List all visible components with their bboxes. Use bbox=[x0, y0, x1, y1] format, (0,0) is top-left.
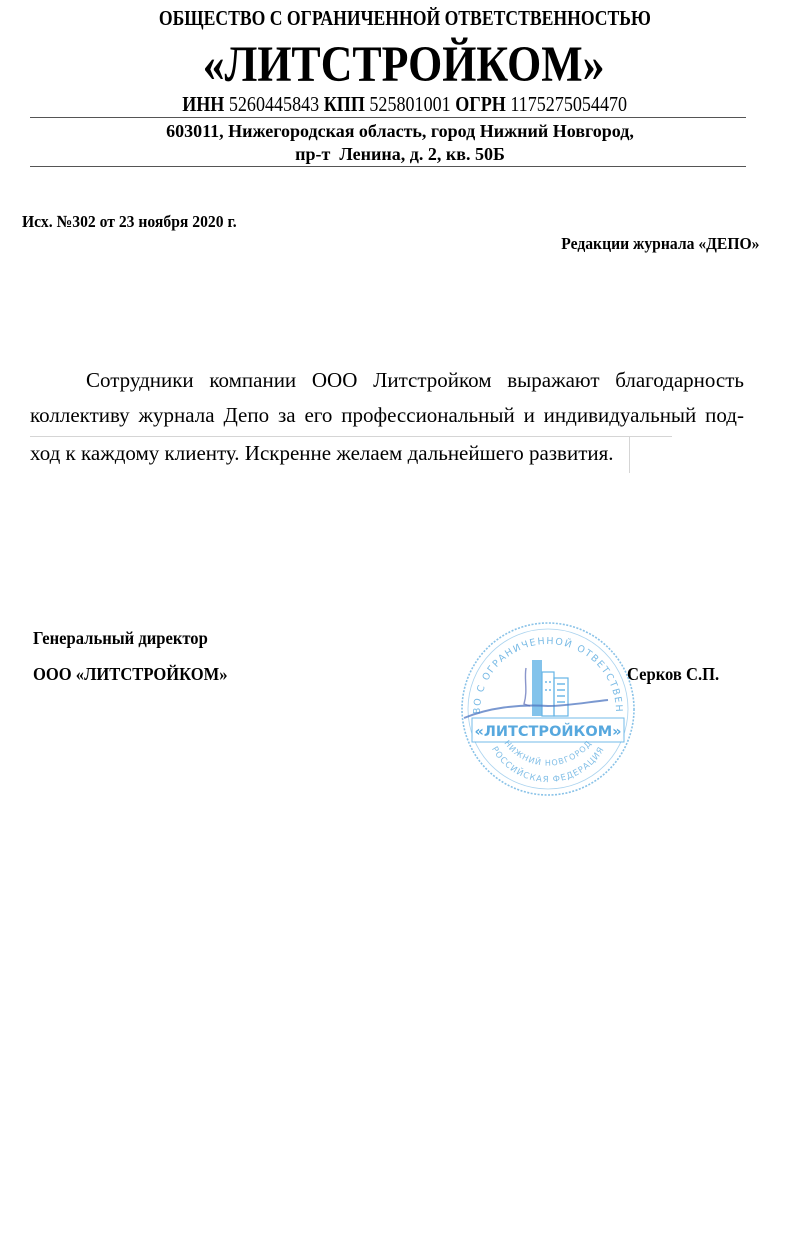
addressee: Редакции журнала «ДЕПО» bbox=[544, 234, 760, 254]
letterhead-company-name: «ЛИТСТРОЙКОМ» bbox=[0, 37, 800, 93]
body-word: ООО bbox=[312, 368, 358, 392]
ogrn-label: ОГРН bbox=[456, 92, 507, 116]
company-name-text: «ЛИТСТРОЙКОМ» bbox=[203, 37, 605, 93]
inn-value: 5260445843 bbox=[225, 92, 324, 116]
body-word: компании bbox=[209, 368, 296, 392]
body-word: Литстройком bbox=[373, 368, 491, 392]
letterhead-legal-form: ОБЩЕСТВО С ОГРАНИЧЕННОЙ ОТВЕТСТВЕННОСТЬЮ bbox=[0, 6, 800, 31]
body-word: Депо bbox=[223, 403, 269, 427]
body-word: за bbox=[278, 403, 296, 427]
signatory-title: Генеральный директор bbox=[33, 628, 223, 649]
signatory-title-text: Генеральный директор bbox=[33, 628, 208, 649]
reference-text: Исх. №302 от 23 ноября 2020 г. bbox=[22, 212, 237, 232]
header-divider-top bbox=[30, 117, 746, 118]
body-word: его bbox=[304, 403, 332, 427]
body-word: под- bbox=[705, 403, 744, 427]
body-line-3: ход к каждому клиенту. Искренне желаем д… bbox=[30, 441, 614, 465]
letterhead-registration-ids: ИНН 5260445843 КПП 525801001 ОГРН 117527… bbox=[0, 92, 800, 116]
body-word: журнала bbox=[139, 403, 215, 427]
signatory-name: Серков С.П. bbox=[627, 664, 727, 685]
kpp-value: 525801001 bbox=[365, 92, 455, 116]
header-divider-bottom bbox=[30, 166, 746, 167]
scan-artifact-line bbox=[629, 437, 630, 473]
company-seal-stamp-icon: ОБЩЕСТВО С ОГРАНИЧЕННОЙ ОТВЕТСТВЕННОСТЬЮ… bbox=[458, 620, 638, 798]
stamp-ring-bottom-city: НИЖНИЙ НОВГОРОД bbox=[502, 739, 593, 768]
svg-text:НИЖНИЙ НОВГОРОД: НИЖНИЙ НОВГОРОД bbox=[502, 739, 593, 768]
registration-ids: ИНН 5260445843 КПП 525801001 ОГРН 117527… bbox=[183, 92, 628, 116]
ogrn-value: 1175275054470 bbox=[506, 92, 627, 116]
body-word: коллективу bbox=[30, 403, 130, 427]
kpp-label: КПП bbox=[324, 92, 365, 116]
scan-artifact-line bbox=[30, 436, 672, 437]
body-word: профессиональный bbox=[341, 403, 514, 427]
inn-label: ИНН bbox=[183, 92, 225, 116]
signatory-organization-text: ООО «ЛИТСТРОЙКОМ» bbox=[33, 664, 228, 685]
body-line-2: коллективу журнала Депо за его профессио… bbox=[30, 403, 744, 427]
body-word: Сотрудники bbox=[86, 368, 194, 392]
addressee-text: Редакции журнала «ДЕПО» bbox=[562, 234, 760, 254]
body-word: индивидуальный bbox=[544, 403, 697, 427]
body-line-1: Сотрудники компании ООО Литстройком выра… bbox=[86, 368, 744, 392]
signatory-name-text: Серков С.П. bbox=[627, 664, 719, 685]
outgoing-reference: Исх. №302 от 23 ноября 2020 г. bbox=[22, 212, 255, 232]
letterhead-address-line-2: пр-т Ленина, д. 2, кв. 50Б bbox=[0, 143, 800, 165]
stamp-center-text: «ЛИТСТРОЙКОМ» bbox=[474, 723, 621, 740]
body-word: и bbox=[524, 403, 535, 427]
body-word: выражают bbox=[507, 368, 599, 392]
body-word: благодарность bbox=[615, 368, 744, 392]
signatory-organization: ООО «ЛИТСТРОЙКОМ» bbox=[33, 664, 244, 685]
legal-form-text: ОБЩЕСТВО С ОГРАНИЧЕННОЙ ОТВЕТСТВЕННОСТЬЮ bbox=[159, 6, 651, 31]
letterhead-address-line-1: 603011, Нижегородская область, город Ниж… bbox=[0, 120, 800, 142]
